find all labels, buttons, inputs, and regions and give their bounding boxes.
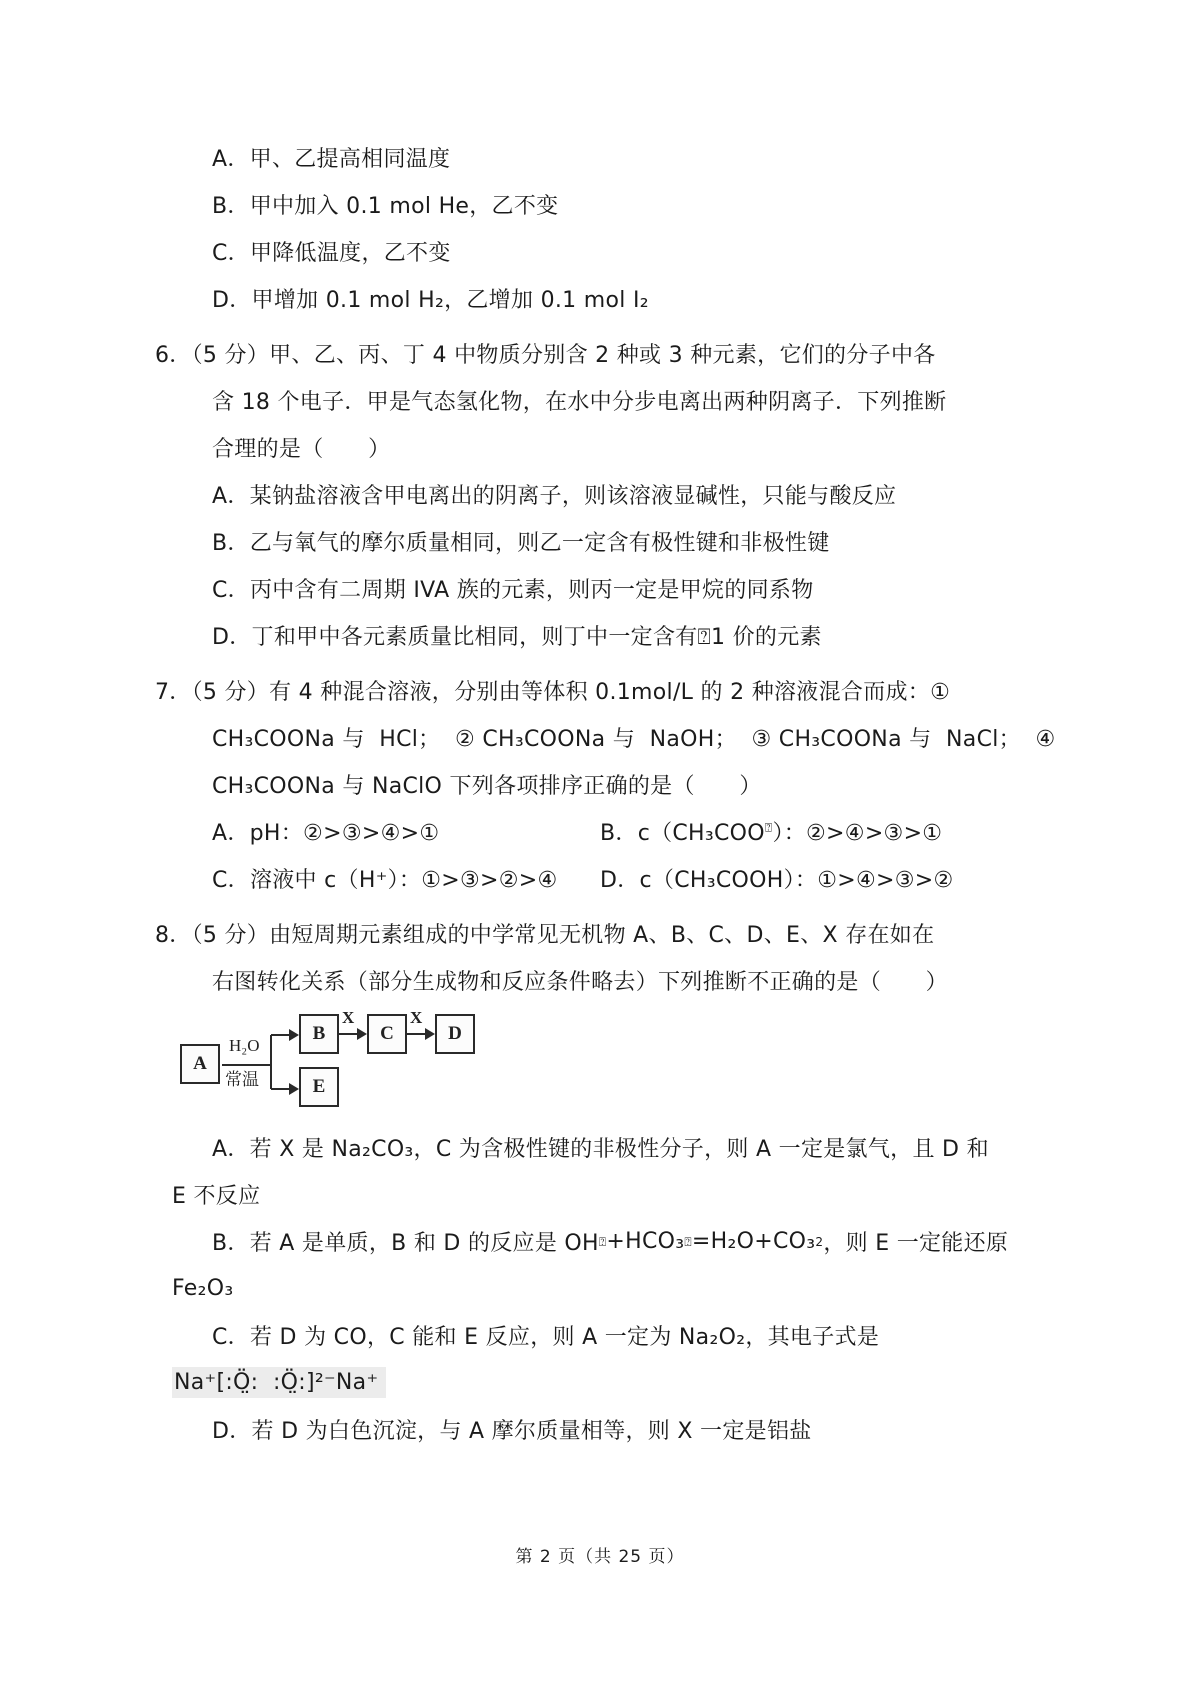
option-row: C．溶液中 c（H⁺）：①>③>②>④D．c（CH₃COOH）：①>④>③>②: [0, 855, 1200, 902]
option-left: A．pH：②>③>④>①: [212, 816, 600, 847]
option-line: D．若 D 为白色沉淀，与 A 摩尔质量相等，则 X 一定是铝盐: [0, 1406, 1200, 1453]
footer-page-number: 第 2 页（共 25 页）: [0, 1531, 1200, 1578]
option-row: A．pH：②>③>④>①B．c（CH₃COO⍰）：②>④>③>①: [0, 808, 1200, 855]
option-line: D．丁和甲中各元素质量比相同，则丁中一定含有⍰1 价的元素: [0, 612, 1200, 659]
question-line: 6．（5 分）甲、乙、丙、丁 4 中物质分别含 2 种或 3 种元素，它们的分子…: [0, 330, 1200, 377]
option-right: B．c（CH₃COO⍰）：②>④>③>①: [600, 816, 942, 847]
box-e: E: [299, 1067, 339, 1107]
box-a: A: [180, 1044, 220, 1084]
h2o-label: H₂O: [229, 1036, 259, 1056]
option-line: B．甲中加入 0.1 mol He，乙不变: [0, 181, 1200, 228]
box-c: C: [367, 1014, 407, 1054]
continuation-line: 合理的是（ ）: [0, 424, 1200, 471]
option-line: B．乙与氧气的摩尔质量相同，则乙一定含有极性键和非极性键: [0, 518, 1200, 565]
question-line: 7．（5 分）有 4 种混合溶液，分别由等体积 0.1mol/L 的 2 种溶液…: [0, 667, 1200, 714]
option-line: C．若 D 为 CO，C 能和 E 反应，则 A 一定为 Na₂O₂，其电子式是: [0, 1312, 1200, 1359]
continuation-line: 右图转化关系（部分生成物和反应条件略去）下列推断不正确的是（ ）: [0, 957, 1200, 1004]
exam-page: A．甲、乙提高相同温度B．甲中加入 0.1 mol He，乙不变C．甲降低温度，…: [0, 0, 1200, 1698]
electron-formula-text: Na⁺[:Ö̤: :Ö̤:]²⁻Na⁺: [172, 1367, 386, 1398]
option-line: A．甲、乙提高相同温度: [0, 134, 1200, 181]
option-line: D．甲增加 0.1 mol H₂，乙增加 0.1 mol I₂: [0, 275, 1200, 322]
question-line: 8．（5 分）由短周期元素组成的中学常见无机物 A、B、C、D、E、X 存在如在: [0, 910, 1200, 957]
exam-body-top: A．甲、乙提高相同温度B．甲中加入 0.1 mol He，乙不变C．甲降低温度，…: [0, 134, 1200, 1004]
option-line: B．若 A 是单质，B 和 D 的反应是 OH⍰+HCO₃⍰=H₂O+CO₃2，…: [0, 1218, 1200, 1265]
continuation-line: CH₃COONa 与 NaClO 下列各项排序正确的是（ ）: [0, 761, 1200, 808]
option-line: C．甲降低温度，乙不变: [0, 228, 1200, 275]
room-temp-label: 常温: [225, 1065, 259, 1090]
continuation-line: CH₃COONa 与 HCl； ② CH₃COONa 与 NaOH； ③ CH₃…: [0, 714, 1200, 761]
option-right: D．c（CH₃COOH）：①>④>③>②: [600, 863, 954, 894]
box-d: D: [435, 1014, 475, 1054]
reaction-diagram: A B C D E H₂O 常温 X X: [172, 1010, 502, 1110]
continuation-line: E 不反应: [0, 1171, 1200, 1218]
continuation-line: Fe₂O₃: [0, 1265, 1200, 1312]
x-label-2: X: [410, 1008, 422, 1028]
option-left: C．溶液中 c（H⁺）：①>③>②>④: [212, 863, 600, 894]
electron-formula: Na⁺[:Ö̤: :Ö̤:]²⁻Na⁺: [0, 1359, 1200, 1406]
option-line: A．若 X 是 Na₂CO₃，C 为含极性键的非极性分子，则 A 一定是氯气，且…: [0, 1124, 1200, 1171]
box-b: B: [299, 1014, 339, 1054]
option-line: A．某钠盐溶液含甲电离出的阴离子，则该溶液显碱性，只能与酸反应: [0, 471, 1200, 518]
continuation-line: 含 18 个电子．甲是气态氢化物，在水中分步电离出两种阴离子．下列推断: [0, 377, 1200, 424]
exam-body-bottom: A．若 X 是 Na₂CO₃，C 为含极性键的非极性分子，则 A 一定是氯气，且…: [0, 1124, 1200, 1453]
option-line: C．丙中含有二周期 IVA 族的元素，则丙一定是甲烷的同系物: [0, 565, 1200, 612]
x-label-1: X: [342, 1008, 354, 1028]
